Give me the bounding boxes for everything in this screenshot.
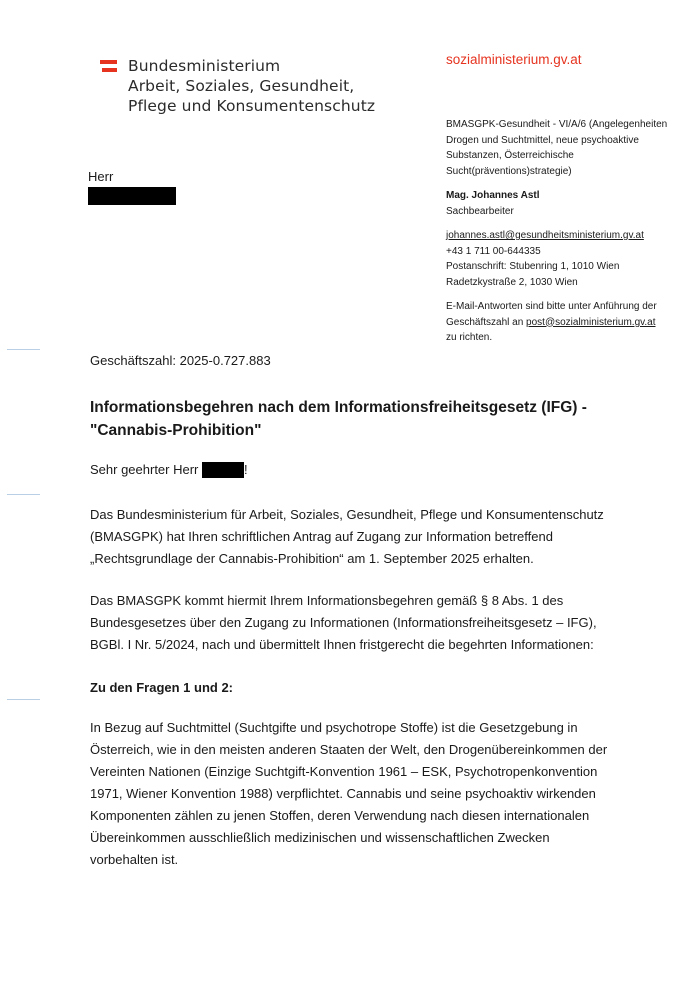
reference-number: Geschäftszahl: 2025-0.727.883 (90, 350, 630, 372)
ministry-logo: Bundesministerium Arbeit, Soziales, Gesu… (100, 56, 375, 116)
contact-name: Mag. Johannes Astl (446, 190, 540, 201)
redacted-name (202, 462, 244, 478)
contact-role: Sachbearbeiter (446, 206, 514, 217)
recipient-block: Herr (88, 168, 176, 205)
ministry-name-line: Bundesministerium (128, 56, 375, 76)
website-link[interactable]: sozialministerium.gv.at (446, 52, 582, 67)
recipient-title: Herr (88, 168, 176, 186)
post-email-link[interactable]: post@sozialministerium.gv.at (526, 317, 655, 328)
ministry-name-line: Pflege und Konsumentenschutz (128, 96, 375, 116)
contact-details: johannes.astl@gesundheitsministerium.gv.… (446, 228, 686, 290)
text-line: Das BMASGPK kommt hiermit Ihrem Informat… (90, 590, 630, 612)
greeting-text: Sehr geehrter Herr (90, 462, 202, 477)
greeting: Sehr geehrter Herr ! (90, 459, 630, 481)
subject-heading: Informationsbegehren nach dem Informatio… (90, 396, 630, 442)
department-line: BMASGPK-Gesundheit - VI/A/6 (Angelegenhe… (446, 119, 667, 130)
contact-phone: +43 1 711 00-644335 (446, 246, 541, 257)
text-line: Komponenten zählen zu jenen Stoffen, der… (90, 805, 630, 827)
subject-line: Informationsbegehren nach dem Informatio… (90, 396, 630, 419)
fold-mark (7, 494, 40, 495)
reply-note-line: zu richten. (446, 332, 492, 343)
reply-note-line: Geschäftszahl an (446, 317, 526, 328)
text-line: Bundesgesetzes über den Zugang zu Inform… (90, 612, 630, 634)
paragraph-legal-basis: Das BMASGPK kommt hiermit Ihrem Informat… (90, 590, 630, 656)
text-line: (BMASGPK) hat Ihren schriftlichen Antrag… (90, 526, 630, 548)
austrian-flag-bars-icon (100, 60, 120, 116)
postal-address: Postanschrift: Stubenring 1, 1010 Wien (446, 261, 619, 272)
text-line: In Bezug auf Suchtmittel (Suchtgifte und… (90, 717, 630, 739)
fold-mark (7, 349, 40, 350)
contact-email-link[interactable]: johannes.astl@gesundheitsministerium.gv.… (446, 230, 644, 241)
greeting-punct: ! (244, 462, 248, 477)
reply-note: E-Mail-Antworten sind bitte unter Anführ… (446, 299, 686, 346)
paragraph-receipt: Das Bundesministerium für Arbeit, Sozial… (90, 504, 630, 570)
reply-note-line: E-Mail-Antworten sind bitte unter Anführ… (446, 301, 657, 312)
text-line: Das Bundesministerium für Arbeit, Sozial… (90, 504, 630, 526)
department-line: Sucht(präventions)strategie) (446, 166, 572, 177)
text-line: 1971, Wiener Konvention 1988) verpflicht… (90, 783, 630, 805)
text-line: „Rechtsgrundlage der Cannabis-Prohibitio… (90, 548, 630, 570)
department-info: BMASGPK-Gesundheit - VI/A/6 (Angelegenhe… (446, 117, 686, 179)
street-address: Radetzkystraße 2, 1030 Wien (446, 277, 578, 288)
section-heading: Zu den Fragen 1 und 2: (90, 677, 630, 699)
fold-mark (7, 699, 40, 700)
text-line: vorbehalten ist. (90, 849, 630, 871)
department-line: Substanzen, Österreichische (446, 150, 574, 161)
subject-line: "Cannabis-Prohibition" (90, 419, 630, 442)
contact-person: Mag. Johannes Astl Sachbearbeiter (446, 188, 686, 219)
text-line: Österreich, wie in den meisten anderen S… (90, 739, 630, 761)
text-line: BGBl. I Nr. 5/2024, nach und übermittelt… (90, 634, 630, 656)
text-line: Übereinkommen ausschließlich medizinisch… (90, 827, 630, 849)
department-line: Drogen und Suchtmittel, neue psychoaktiv… (446, 135, 639, 146)
ministry-name-line: Arbeit, Soziales, Gesundheit, (128, 76, 375, 96)
ministry-name: Bundesministerium Arbeit, Soziales, Gesu… (128, 56, 375, 116)
paragraph-answer: In Bezug auf Suchtmittel (Suchtgifte und… (90, 717, 630, 871)
text-line: Vereinten Nationen (Einzige Suchtgift-Ko… (90, 761, 630, 783)
redacted-address (88, 187, 176, 205)
sender-info: BMASGPK-Gesundheit - VI/A/6 (Angelegenhe… (446, 117, 686, 355)
